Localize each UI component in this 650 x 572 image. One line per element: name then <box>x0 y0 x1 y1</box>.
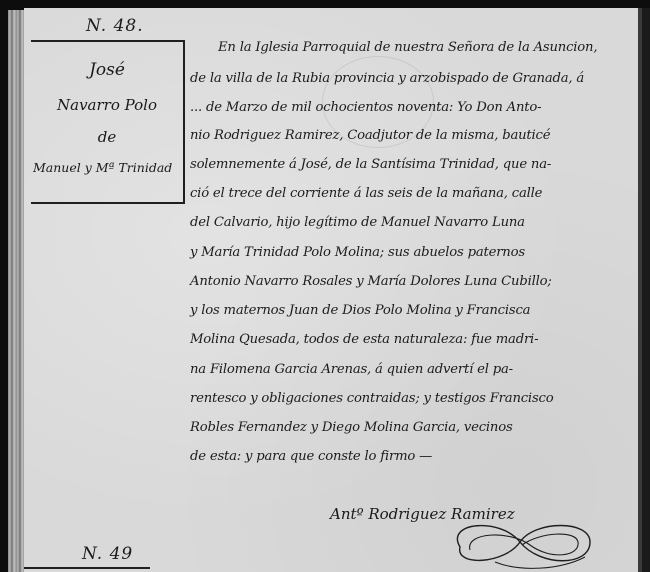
body-line: solemnemente á José, de la Santísima Tri… <box>190 157 551 172</box>
body-line: de esta: y para que conste lo firmo — <box>190 449 432 464</box>
margin-note-de: de <box>31 128 183 146</box>
body-line: rentesco y obligaciones contraidas; y te… <box>190 391 553 406</box>
body-line: y María Trinidad Polo Molina; sus abuelo… <box>190 245 525 260</box>
page-right-edge <box>642 8 650 572</box>
body-line: En la Iglesia Parroquial de nuestra Seño… <box>218 40 597 55</box>
body-line: del Calvario, hijo legítimo de Manuel Na… <box>190 215 525 230</box>
body-line: nio Rodriguez Ramirez, Coadjutor de la m… <box>190 128 550 143</box>
next-entry-number: N. 49 <box>82 544 133 564</box>
body-line: na Filomena Garcia Arenas, á quien adver… <box>190 362 513 377</box>
body-line: y los maternos Juan de Dios Polo Molina … <box>190 303 530 318</box>
next-margin-box-border <box>24 567 150 569</box>
signature-rubric-flourish <box>440 512 600 572</box>
margin-note-surnames: Navarro Polo <box>31 96 183 114</box>
body-line: Robles Fernandez y Diego Molina Garcia, … <box>190 420 513 435</box>
body-line: ... de Marzo de mil ochocientos noventa:… <box>190 100 541 115</box>
margin-note-parents: Manuel y Mª Trinidad <box>33 160 185 175</box>
body-line: de la villa de la Rubia provincia y arzo… <box>190 71 584 86</box>
margin-note-box: José Navarro Polo de Manuel y Mª Trinida… <box>31 40 185 204</box>
entry-number: N. 48. <box>86 16 144 36</box>
body-line: ció el trece del corriente á las seis de… <box>190 186 542 201</box>
margin-note-given-name: José <box>31 60 183 80</box>
body-line: Antonio Navarro Rosales y María Dolores … <box>190 274 552 289</box>
body-line: Molina Quesada, todos de esta naturaleza… <box>190 332 538 347</box>
